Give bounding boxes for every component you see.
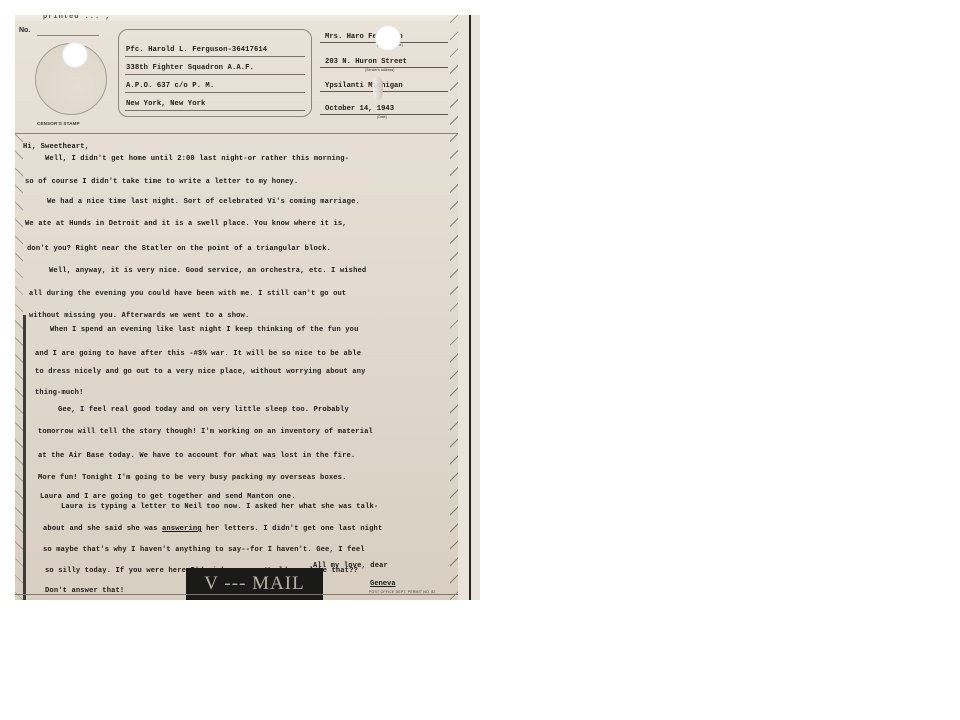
letter-line: thing-much! <box>35 389 83 397</box>
letter-line: More fun! Tonight I'm going to be very b… <box>38 474 347 482</box>
letter-line: about and she said she was answering her… <box>43 525 382 533</box>
signature: Geneva <box>370 580 396 588</box>
greeting: Hi, Sweetheart, <box>23 143 89 151</box>
letter-line: don't you? Right near the Statler on the… <box>27 245 331 253</box>
letter-line: without missing you. Afterwards we went … <box>29 312 249 320</box>
letter-line: Well, anyway, it is very nice. Good serv… <box>49 267 366 275</box>
letter-line: Gee, I feel real good today and on very … <box>58 406 349 414</box>
letter-line-start: about and she said she was <box>43 525 162 533</box>
letter-line: and I are going to have after this -#$% … <box>35 350 361 358</box>
underlined-word: answering <box>162 525 202 533</box>
letter-body: Hi, Sweetheart, Well, I didn't get home … <box>15 15 480 600</box>
letter-line: tomorrow will tell the story though! I'm… <box>38 428 373 436</box>
bottom-divider <box>15 594 458 595</box>
letter-line: Laura is typing a letter to Neil too now… <box>61 503 378 511</box>
letter-line: When I spend an evening like last night … <box>50 326 359 334</box>
letter-line: to dress nicely and go out to a very nic… <box>35 368 366 376</box>
vmail-badge-text: V --- MAIL <box>204 573 304 595</box>
letter-line: at the Air Base today. We have to accoun… <box>38 452 355 460</box>
letter-line: all during the evening you could have be… <box>29 290 346 298</box>
closing: All my love, dear <box>313 562 388 570</box>
letter-line-end: her letters. I didn't get one last night <box>202 525 383 533</box>
vmail-letter: printed ... , No. CENSOR'S STAMP Pfc. Ha… <box>15 15 480 600</box>
letter-line: We had a nice time last night. Sort of c… <box>47 198 360 206</box>
letter-line: Well, I didn't get home until 2:00 last … <box>45 155 349 163</box>
letter-line: We ate at Hunds in Detroit and it is a s… <box>25 220 347 228</box>
letter-line: so maybe that's why I haven't anything t… <box>43 546 365 554</box>
letter-line: Laura and I are going to get together an… <box>40 493 296 501</box>
letter-line: so of course I didn't take time to write… <box>25 178 298 186</box>
vmail-badge: V --- MAIL <box>186 568 323 600</box>
